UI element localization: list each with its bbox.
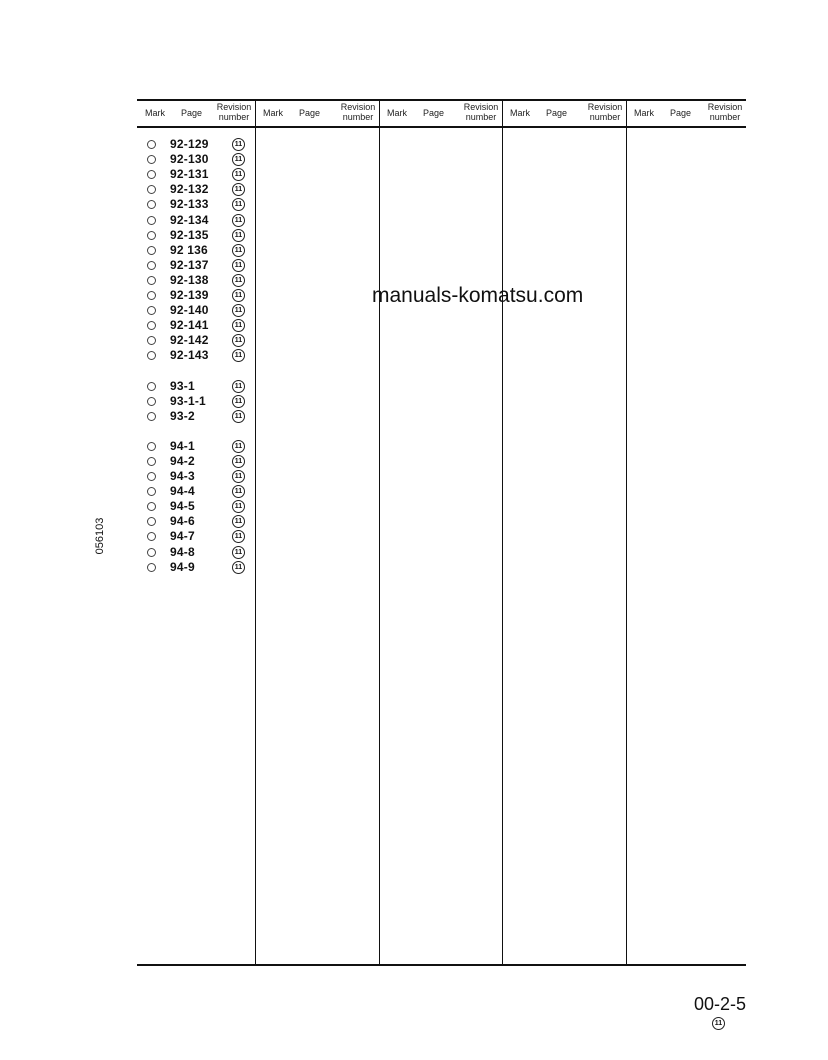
list-item: 94-811 [137, 545, 255, 560]
page-number: 94-3 [170, 469, 195, 484]
mark-circle-icon [147, 382, 156, 391]
revision-badge: 11 [232, 546, 245, 559]
page-number: 92-130 [170, 152, 209, 167]
revision-badge: 11 [232, 470, 245, 483]
mark-circle-icon [147, 563, 156, 572]
page-number: 94-8 [170, 545, 195, 560]
revision-badge: 11 [232, 380, 245, 393]
revision-badge: 11 [232, 183, 245, 196]
revision-badge: 11 [232, 319, 245, 332]
page-number: 92-138 [170, 273, 209, 288]
mark-circle-icon [147, 351, 156, 360]
list-item: 94-111 [137, 439, 255, 454]
mark-circle-icon [147, 306, 156, 315]
revision-badge: 11 [232, 455, 245, 468]
list-item: 92-13311 [137, 197, 255, 212]
column-divider [255, 99, 256, 966]
page-number: 94-7 [170, 529, 195, 544]
revision-badge: 11 [232, 138, 245, 151]
mark-circle-icon [147, 548, 156, 557]
revision-badge: 11 [232, 485, 245, 498]
mark-circle-icon [147, 291, 156, 300]
page-number: 92-135 [170, 228, 209, 243]
header-page: Page [546, 102, 567, 132]
list-item: 93-1-111 [137, 394, 255, 409]
header-page: Page [670, 102, 691, 132]
header-revision-number: Revision number [462, 102, 500, 126]
list-item: 92-14311 [137, 348, 255, 363]
list-item: 94-411 [137, 484, 255, 499]
mark-circle-icon [147, 170, 156, 179]
mark-circle-icon [147, 200, 156, 209]
mark-circle-icon [147, 321, 156, 330]
mark-circle-icon [147, 185, 156, 194]
page-number: 92-131 [170, 167, 209, 182]
side-code: 056103 [94, 511, 106, 561]
mark-circle-icon [147, 397, 156, 406]
header-mark: Mark [510, 102, 530, 132]
watermark: manuals-komatsu.com [372, 284, 583, 308]
list-item: 94-611 [137, 514, 255, 529]
footer-revision-badge: 11 [712, 1017, 725, 1030]
page-number: 94-1 [170, 439, 195, 454]
revision-badge: 11 [232, 349, 245, 362]
list-item: 92-13111 [137, 167, 255, 182]
table-top-rule [137, 99, 746, 101]
list-item: 92-13411 [137, 213, 255, 228]
header-page: Page [181, 102, 202, 132]
mark-circle-icon [147, 276, 156, 285]
page-number: 92-133 [170, 197, 209, 212]
page-number: 92-139 [170, 288, 209, 303]
page-number: 92 136 [170, 243, 208, 258]
revision-badge: 11 [232, 304, 245, 317]
header-mark: Mark [145, 102, 165, 132]
revision-badge: 11 [232, 515, 245, 528]
page-number: 92-143 [170, 348, 209, 363]
list-item: 92-14211 [137, 333, 255, 348]
revision-badge: 11 [232, 214, 245, 227]
list-item: 92-13811 [137, 273, 255, 288]
mark-circle-icon [147, 472, 156, 481]
list-item: 92-13211 [137, 182, 255, 197]
list-item: 93-211 [137, 409, 255, 424]
revision-badge: 11 [232, 259, 245, 272]
header-revision-number: Revision number [339, 102, 377, 126]
mark-circle-icon [147, 442, 156, 451]
revision-badge: 11 [232, 198, 245, 211]
revision-badge: 11 [232, 500, 245, 513]
revision-badge: 11 [232, 229, 245, 242]
revision-badge: 11 [232, 440, 245, 453]
page-number: 93-1-1 [170, 394, 206, 409]
page-number: 94-5 [170, 499, 195, 514]
column-divider [379, 99, 380, 966]
header-revision-number: Revision number [586, 102, 624, 126]
header-mark: Mark [387, 102, 407, 132]
list-item: 94-711 [137, 529, 255, 544]
revision-table: MarkPageRevision numberMarkPageRevision … [137, 99, 746, 966]
list-item: 94-511 [137, 499, 255, 514]
revision-badge: 11 [232, 334, 245, 347]
list-item: 92-13511 [137, 228, 255, 243]
page-number: 92-132 [170, 182, 209, 197]
mark-circle-icon [147, 457, 156, 466]
column-divider [502, 99, 503, 966]
list-item: 92-13711 [137, 258, 255, 273]
revision-badge: 11 [232, 530, 245, 543]
mark-circle-icon [147, 532, 156, 541]
page-number: 93-2 [170, 409, 195, 424]
page-number: 94-6 [170, 514, 195, 529]
list-item: 92-14111 [137, 318, 255, 333]
revision-badge: 11 [232, 410, 245, 423]
header-revision-number: Revision number [215, 102, 253, 126]
revision-badge: 11 [232, 153, 245, 166]
page-number: 94-9 [170, 560, 195, 575]
header-revision-number: Revision number [706, 102, 744, 126]
table-bottom-rule [137, 964, 746, 966]
list-item: 94-311 [137, 469, 255, 484]
header-mark: Mark [263, 102, 283, 132]
revision-badge: 11 [232, 395, 245, 408]
revision-badge: 11 [232, 561, 245, 574]
mark-circle-icon [147, 246, 156, 255]
revision-badge: 11 [232, 274, 245, 287]
mark-circle-icon [147, 502, 156, 511]
revision-badge: 11 [232, 289, 245, 302]
list-item: 92 13611 [137, 243, 255, 258]
page-number: 92-141 [170, 318, 209, 333]
mark-circle-icon [147, 231, 156, 240]
list-item: 92-12911 [137, 137, 255, 152]
page-number: 92-129 [170, 137, 209, 152]
header-page: Page [299, 102, 320, 132]
page-number: 94-4 [170, 484, 195, 499]
page-number: 93-1 [170, 379, 195, 394]
mark-circle-icon [147, 336, 156, 345]
list-item: 92-13011 [137, 152, 255, 167]
mark-circle-icon [147, 487, 156, 496]
page-number: 92-142 [170, 333, 209, 348]
header-mark: Mark [634, 102, 654, 132]
list-item: 94-211 [137, 454, 255, 469]
revision-badge: 11 [232, 244, 245, 257]
column-divider [626, 99, 627, 966]
page-number: 92-140 [170, 303, 209, 318]
footer-page-number: 00-2-5 [694, 994, 746, 1015]
header-page: Page [423, 102, 444, 132]
list-item: 93-111 [137, 379, 255, 394]
mark-circle-icon [147, 412, 156, 421]
mark-circle-icon [147, 140, 156, 149]
list-item: 94-911 [137, 560, 255, 575]
mark-circle-icon [147, 155, 156, 164]
page-number: 92-134 [170, 213, 209, 228]
mark-circle-icon [147, 261, 156, 270]
mark-circle-icon [147, 216, 156, 225]
mark-circle-icon [147, 517, 156, 526]
list-item: 92-13911 [137, 288, 255, 303]
page-number: 92-137 [170, 258, 209, 273]
revision-badge: 11 [232, 168, 245, 181]
page-number: 94-2 [170, 454, 195, 469]
list-item: 92-14011 [137, 303, 255, 318]
